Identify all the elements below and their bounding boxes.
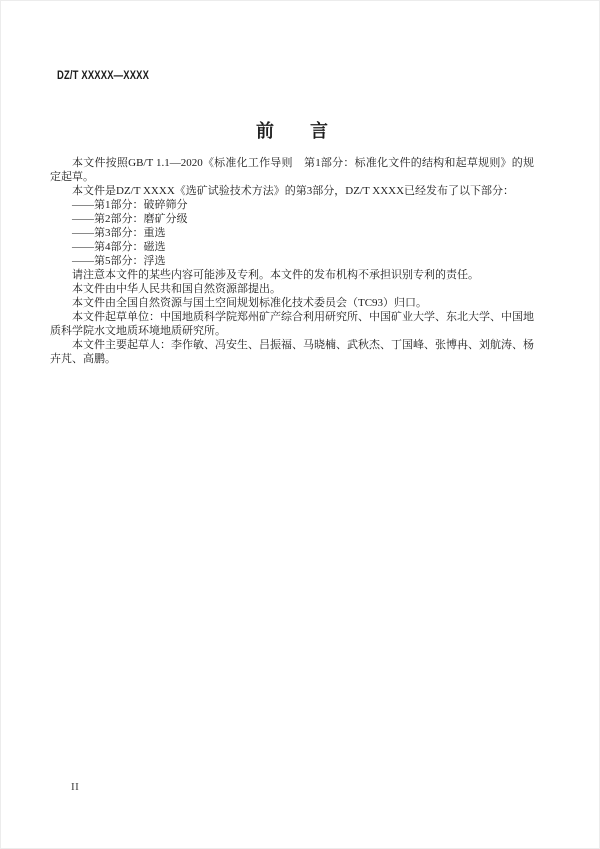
standard-doc-number: DZ/T XXXXX—XXXX (57, 70, 149, 82)
foreword-paragraph: 本文件主要起草人：李作敏、冯安生、吕振福、马晓楠、武秋杰、丁国峰、张博冉、刘航涛… (50, 338, 534, 366)
foreword-paragraph: 请注意本文件的某些内容可能涉及专利。本文件的发布机构不承担识别专利的责任。 (50, 268, 534, 282)
foreword-paragraph: 本文件是DZ/T XXXX《选矿试验技术方法》的第3部分，DZ/T XXXX已经… (50, 184, 534, 198)
foreword-paragraph: 本文件起草单位：中国地质科学院郑州矿产综合利用研究所、中国矿业大学、东北大学、中… (50, 310, 534, 338)
document-page: DZ/T XXXXX—XXXX 前言 本文件按照GB/T 1.1—2020《标准… (0, 0, 600, 849)
part-list-item: ——第5部分：浮选 (50, 254, 534, 268)
part-list-item: ——第2部分：磨矿分级 (50, 212, 534, 226)
page-number: II (71, 781, 79, 793)
part-list-item: ——第4部分：磁选 (50, 240, 534, 254)
part-list-item: ——第1部分：破碎筛分 (50, 198, 534, 212)
part-list-item: ——第3部分：重选 (50, 226, 534, 240)
foreword-paragraph: 本文件由全国自然资源与国土空间规划标准化技术委员会（TC93）归口。 (50, 296, 534, 310)
foreword-paragraph: 本文件由中华人民共和国自然资源部提出。 (50, 282, 534, 296)
foreword-body: 本文件按照GB/T 1.1—2020《标准化工作导则 第1部分：标准化文件的结构… (50, 156, 534, 366)
foreword-title: 前言 (50, 117, 534, 143)
foreword-paragraph: 本文件按照GB/T 1.1—2020《标准化工作导则 第1部分：标准化文件的结构… (50, 156, 534, 184)
